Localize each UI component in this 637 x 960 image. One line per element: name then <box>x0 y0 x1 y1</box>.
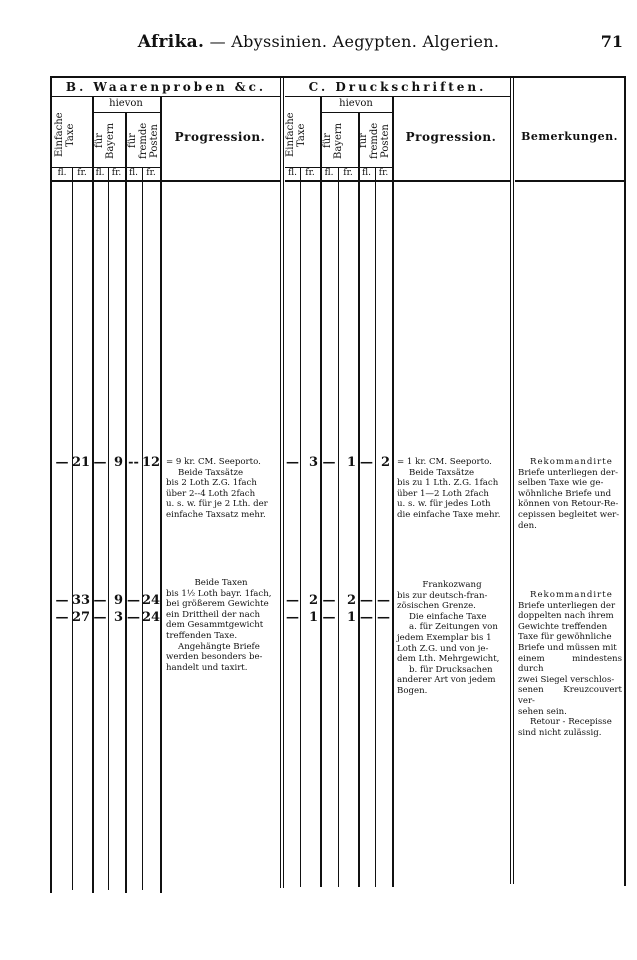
b-fr-fl: — <box>125 610 142 625</box>
col-line <box>142 167 143 890</box>
section-c-hievon-rule <box>320 112 392 113</box>
col-line <box>320 96 322 887</box>
unit-kr: fr. <box>142 168 160 178</box>
unit-kr: fr. <box>72 168 92 178</box>
page-title-bold: Afrika. <box>138 32 204 52</box>
note-line: handelt und taxirt. <box>166 663 276 674</box>
b-tax-kr: 27 <box>72 610 90 625</box>
note-line: Die einfache Taxe <box>397 612 507 623</box>
page-number: 71 <box>601 32 623 51</box>
col-line <box>125 112 127 893</box>
b-tax-kr: 33 <box>72 593 90 608</box>
section-b-einfache-taxe: Einfache Taxe <box>54 104 90 166</box>
b-fr-kr: 24 <box>142 593 158 608</box>
c-tax-kr: 2 <box>300 593 318 608</box>
note-line: Beide Taxen <box>166 578 276 589</box>
c-bay-fl: — <box>320 610 338 625</box>
note-line: Loth Z.G. und von je- <box>397 644 507 655</box>
note-line: Briefe unterliegen der- <box>518 468 622 479</box>
note-line: Rekommandirte <box>518 457 622 468</box>
c-bay-kr: 1 <box>338 455 356 470</box>
note-line: ein Drittheil der nach <box>166 610 276 621</box>
bemerkungen-header-bottom <box>515 180 624 182</box>
note-line: zwei Siegel verschlos- <box>518 675 622 686</box>
b-tax-fl: — <box>52 593 72 608</box>
bemerkungen-2: Rekommandirte Briefe unterliegen der dop… <box>518 590 622 738</box>
note-line: bis 2 Loth Z.G. 1fach <box>166 478 276 489</box>
note-line: zösischen Grenze. <box>397 601 507 612</box>
note-line: anderer Art von jedem <box>397 675 507 686</box>
b-bay-fl: — <box>92 610 108 625</box>
progression-c-2: Frankozwang bis zur deutsch-fran- zösisc… <box>397 580 507 697</box>
note-line: bis 1½ Loth bayr. 1fach, <box>166 589 276 600</box>
page-title-countries: — Abyssinien. Aegypten. Algerien. <box>210 32 500 51</box>
col-line <box>358 112 360 887</box>
unit-fl: fl. <box>125 168 142 178</box>
table-right-border <box>624 76 626 886</box>
c-bay-kr: 1 <box>338 610 356 625</box>
section-b-fuer-fremde: für fremde Posten <box>127 115 157 167</box>
note-line: sehen sein. <box>518 707 622 718</box>
unit-kr: fr. <box>300 168 320 178</box>
note-line: sind nicht zulässig. <box>518 728 622 739</box>
unit-kr: fr. <box>375 168 392 178</box>
section-b-header-bottom <box>52 180 280 182</box>
c-fr-kr: — <box>375 593 392 608</box>
section-c-header-bottom <box>285 180 510 182</box>
col-line <box>72 167 73 890</box>
table-left-border <box>50 76 52 893</box>
b-fr-fl: — <box>125 593 142 608</box>
b-tax-fl: — <box>52 610 72 625</box>
section-b-fuer-bayern: für Bayern <box>94 115 124 167</box>
section-divider-c-rem <box>510 76 511 884</box>
note-line: Beide Taxsätze <box>397 468 507 479</box>
note-line: können von Retour-Re- <box>518 499 622 510</box>
c-fr-fl: — <box>358 593 375 608</box>
b-bay-kr: 3 <box>108 610 123 625</box>
col-line <box>392 96 394 887</box>
unit-fl: fl. <box>52 168 72 178</box>
b-bay-kr: 9 <box>108 593 123 608</box>
note-line: Briefe unterliegen der <box>518 601 622 612</box>
note-line: = 9 kr. CM. Seeporto. <box>166 457 276 468</box>
c-fr-kr: 2 <box>375 455 390 470</box>
note-line: Bogen. <box>397 686 507 697</box>
note-line: dem Lth. Mehrgewicht, <box>397 654 507 665</box>
section-divider-b-c-inner <box>283 76 284 888</box>
col-line <box>375 167 376 887</box>
c-fr-kr: — <box>375 610 392 625</box>
note-line: dem Gesammtgewicht <box>166 620 276 631</box>
note-line: Taxe für gewöhnliche <box>518 632 622 643</box>
section-c-title-rule <box>285 96 510 97</box>
note-line: Beide Taxsätze <box>166 468 276 479</box>
note-line: senen Kreuzcouvert ver- <box>518 685 622 706</box>
col-line <box>300 167 301 887</box>
b-bay-kr: 9 <box>108 455 123 470</box>
progression-c-1: = 1 kr. CM. Seeporto. Beide Taxsätze bis… <box>397 457 507 521</box>
section-c-fuer-fremde: für fremde Posten <box>358 115 392 167</box>
note-line: wöhnliche Briefe und <box>518 489 622 500</box>
c-fr-fl: — <box>358 455 375 470</box>
col-line <box>108 167 109 890</box>
section-b-title-rule <box>52 96 280 97</box>
b-bay-fl: — <box>92 455 108 470</box>
c-bay-fl: — <box>320 455 338 470</box>
note-line: treffenden Taxe. <box>166 631 276 642</box>
section-b-progression-header: Progression. <box>160 130 280 144</box>
section-divider-c-rem-inner <box>513 76 514 884</box>
note-line: Rekommandirte <box>518 590 622 601</box>
bemerkungen-1: Rekommandirte Briefe unterliegen der- se… <box>518 457 622 531</box>
col-line <box>92 96 94 893</box>
c-tax-kr: 3 <box>300 455 318 470</box>
bemerkungen-header: Bemerkungen. <box>515 130 624 143</box>
c-tax-fl: — <box>285 455 300 470</box>
b-fr-kr: 24 <box>142 610 158 625</box>
b-fr-kr: 12 <box>142 455 158 470</box>
note-line: b. für Drucksachen <box>397 665 507 676</box>
note-line: selben Taxe wie ge- <box>518 478 622 489</box>
col-line <box>338 167 339 887</box>
note-line: Gewichte treffenden <box>518 622 622 633</box>
note-line: Angehängte Briefe <box>166 642 276 653</box>
c-fr-fl: — <box>358 610 375 625</box>
note-line: jedem Exemplar bis 1 <box>397 633 507 644</box>
c-bay-kr: 2 <box>338 593 356 608</box>
unit-kr: fr. <box>338 168 358 178</box>
note-line: doppelten nach ihrem <box>518 611 622 622</box>
section-c-einfache-taxe: Einfache Taxe <box>285 104 319 166</box>
section-divider-b-c <box>280 76 281 888</box>
note-line: Retour - Recepisse <box>518 717 622 728</box>
section-c-title: C. Druckschriften. <box>285 80 510 94</box>
c-bay-fl: — <box>320 593 338 608</box>
note-line: einem mindestens durch <box>518 654 622 675</box>
note-line: a. für Zeitungen von <box>397 622 507 633</box>
note-line: über 1—2 Loth 2fach <box>397 489 507 500</box>
b-bay-fl: — <box>92 593 108 608</box>
note-line: = 1 kr. CM. Seeporto. <box>397 457 507 468</box>
note-line: Briefe und müssen mit <box>518 643 622 654</box>
note-line: einfache Taxsatz mehr. <box>166 510 276 521</box>
note-line: über 2--4 Loth 2fach <box>166 489 276 500</box>
note-line: die einfache Taxe mehr. <box>397 510 507 521</box>
note-line: werden besonders be- <box>166 652 276 663</box>
c-tax-fl: — <box>285 610 300 625</box>
b-tax-fl: — <box>52 455 72 470</box>
note-line: bis zur deutsch-fran- <box>397 591 507 602</box>
section-b-title: B. Waarenproben &c. <box>52 80 280 94</box>
c-tax-fl: — <box>285 593 300 608</box>
unit-fl: fl. <box>92 168 108 178</box>
progression-b-1: = 9 kr. CM. Seeporto. Beide Taxsätze bis… <box>166 457 276 521</box>
unit-fl: fl. <box>358 168 375 178</box>
table-top-border <box>50 76 626 78</box>
c-tax-kr: 1 <box>300 610 318 625</box>
section-c-hievon: hievon <box>320 98 392 109</box>
note-line: u. s. w. für je 2 Lth. der <box>166 499 276 510</box>
note-line: Frankozwang <box>397 580 507 591</box>
note-line: den. <box>518 521 622 532</box>
unit-fl: fl. <box>285 168 300 178</box>
note-line: cepissen begleitet wer- <box>518 510 622 521</box>
page-title: Afrika. — Abyssinien. Aegypten. Algerien… <box>0 32 637 52</box>
col-line <box>160 96 162 893</box>
note-line: bis zu 1 Lth. Z.G. 1fach <box>397 478 507 489</box>
unit-kr: fr. <box>108 168 125 178</box>
b-fr-fl: -- <box>125 455 142 470</box>
b-tax-kr: 21 <box>72 455 90 470</box>
note-line: bei größerem Gewichte <box>166 599 276 610</box>
section-b-hievon: hievon <box>92 98 160 109</box>
progression-b-2: Beide Taxen bis 1½ Loth bayr. 1fach, bei… <box>166 578 276 673</box>
note-line: u. s. w. für jedes Loth <box>397 499 507 510</box>
section-c-progression-header: Progression. <box>392 130 510 144</box>
unit-fl: fl. <box>320 168 338 178</box>
section-c-fuer-bayern: für Bayern <box>322 115 356 167</box>
